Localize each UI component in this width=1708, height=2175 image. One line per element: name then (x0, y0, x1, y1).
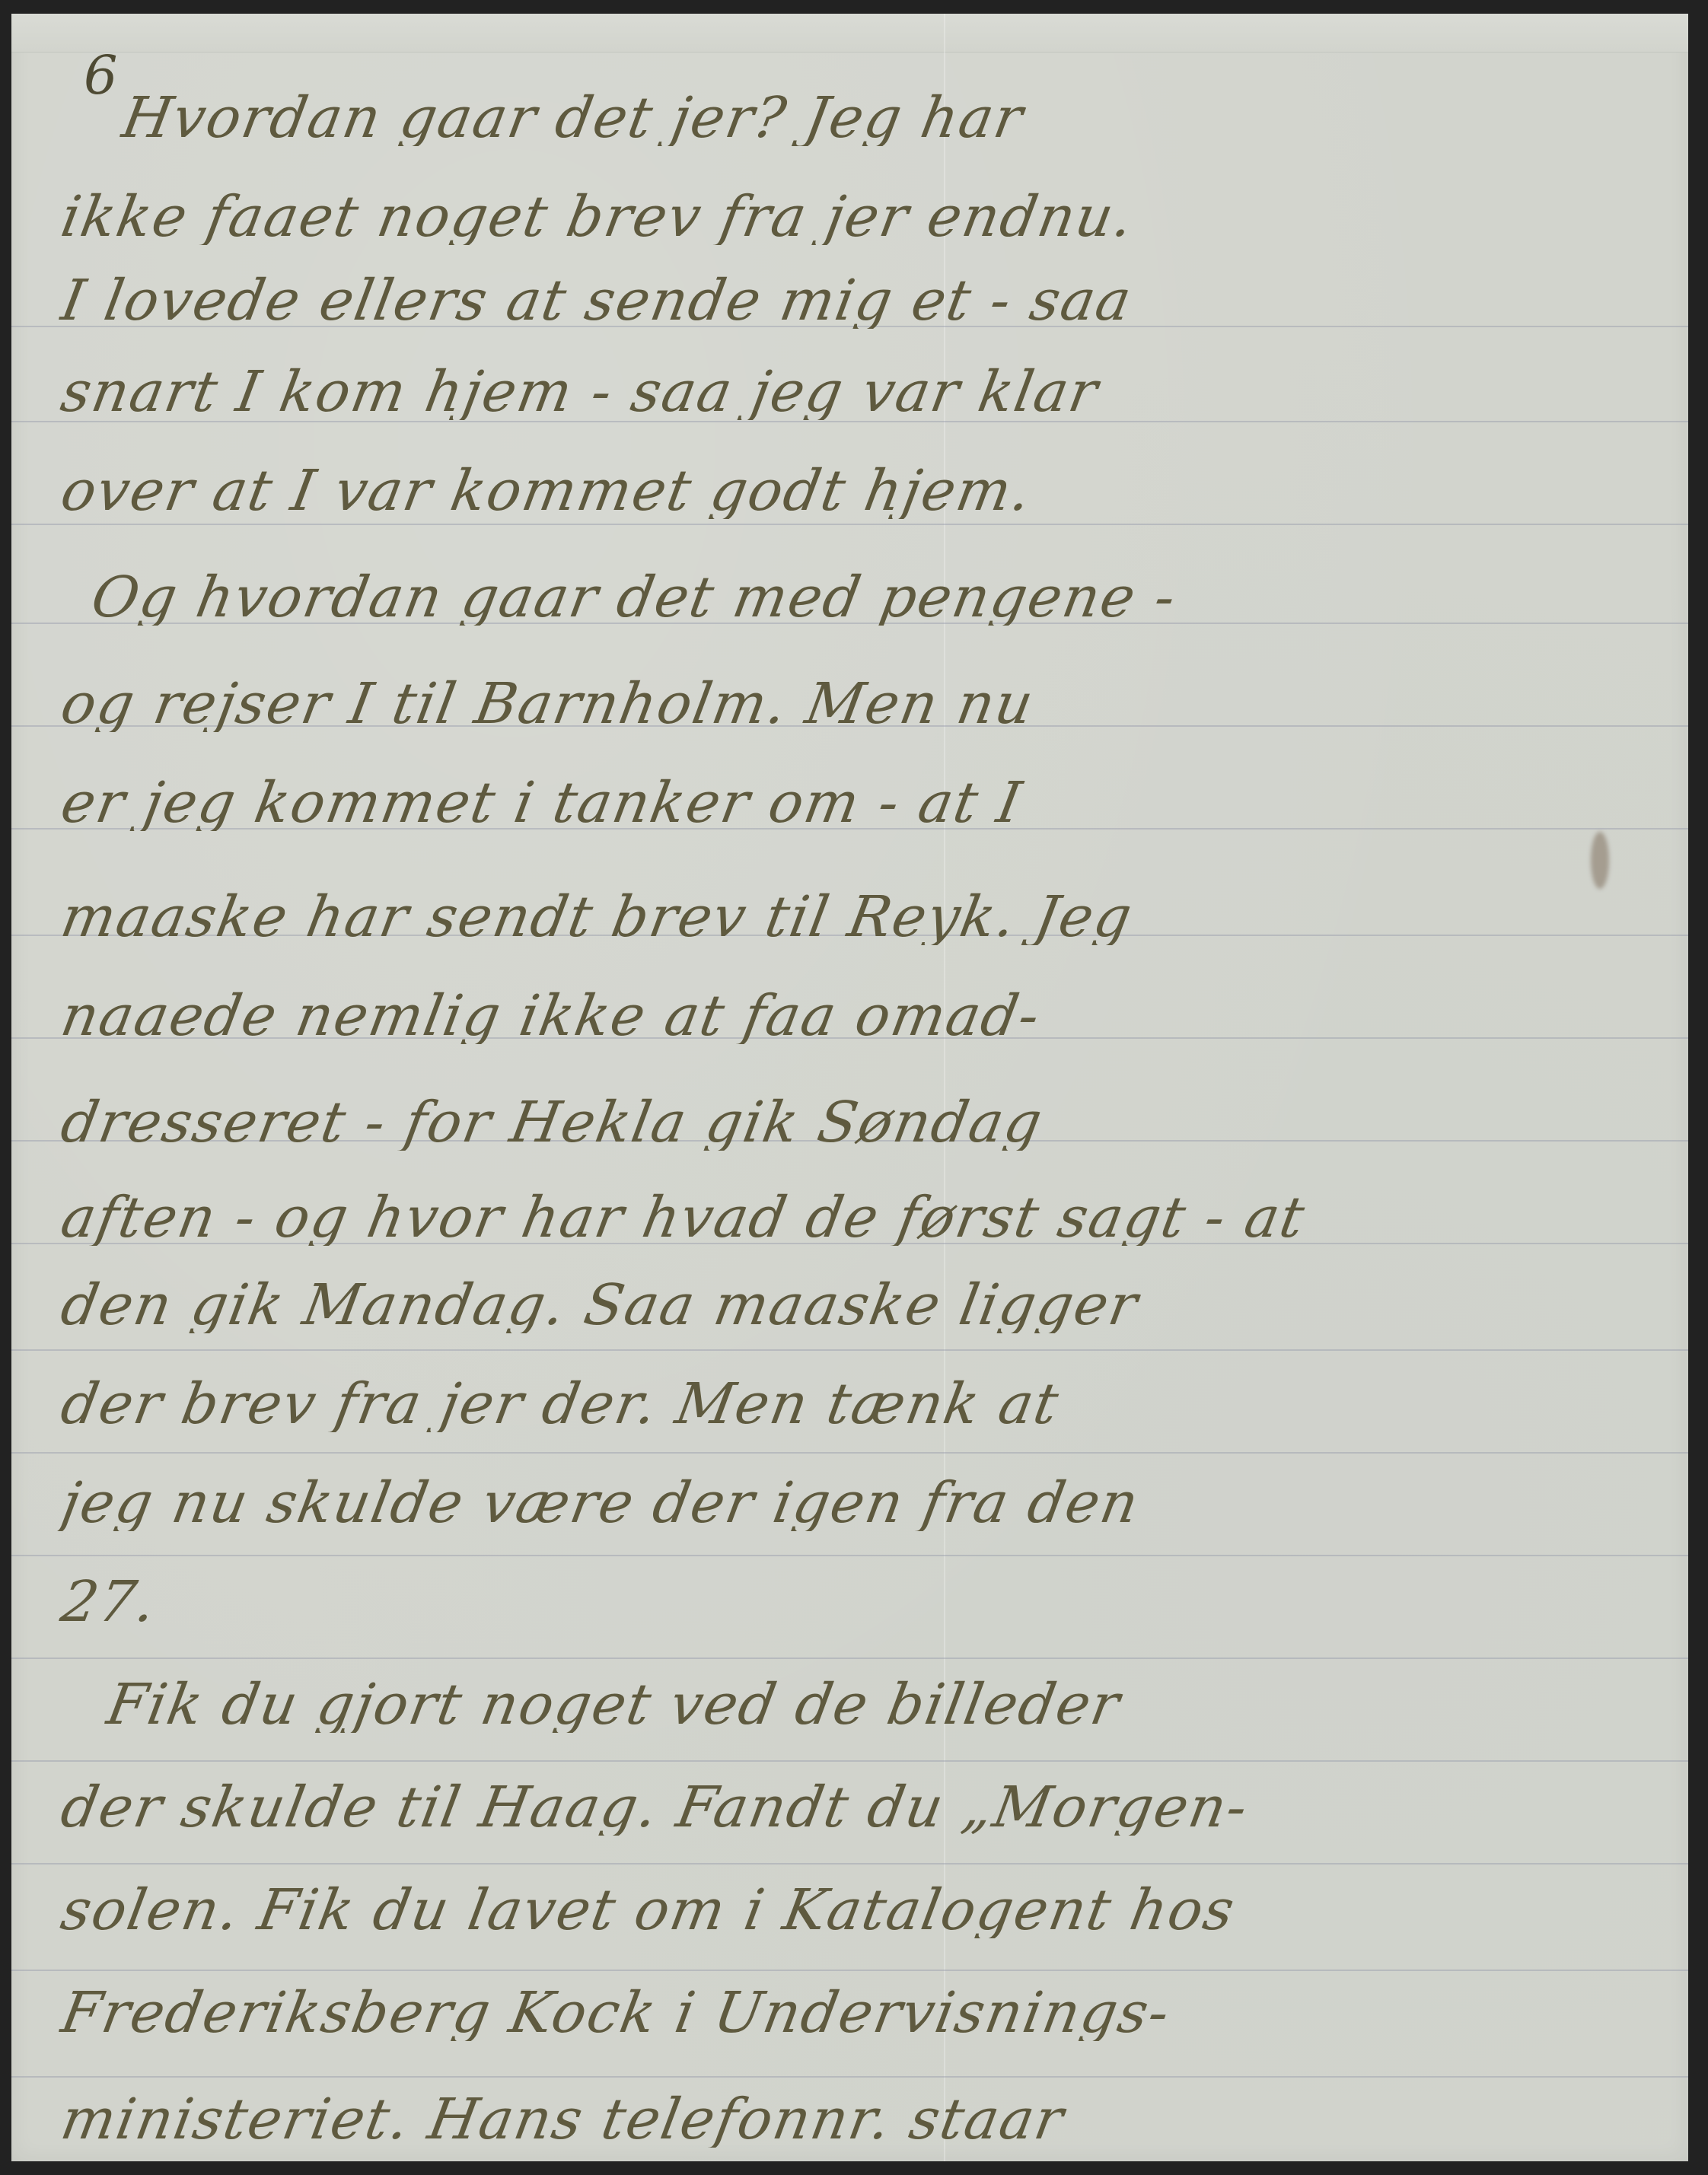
ruled-line (11, 421, 1688, 422)
text-line: er jeg kommet i tanker om - at I (57, 775, 1668, 831)
ruled-line (11, 1658, 1688, 1659)
text-line: der brev fra jer der. Men tænk at (57, 1376, 1668, 1432)
text-line: I lovede ellers at sende mig et - saa (57, 272, 1668, 329)
text-line: naaede nemlig ikke at faa omad- (57, 988, 1668, 1044)
text-line: snart I kom hjem - saa jeg var klar (57, 364, 1668, 420)
text-line: ikke faaet noget brev fra jer endnu. (57, 189, 1668, 245)
text-line: Og hvordan gaar det med pengene - (88, 569, 1668, 626)
text-line: 27. (57, 1574, 1668, 1630)
ruled-line (11, 1452, 1688, 1454)
torn-top-edge (11, 14, 1688, 53)
letter-page: 6 Hvordan gaar det jer? Jeg har ikke faa… (11, 14, 1688, 2161)
text-line: aften - og hvor har hvad de først sagt -… (57, 1189, 1668, 1246)
ruled-line (11, 1970, 1688, 1971)
ruled-line (11, 524, 1688, 525)
text-line: der skulde til Haag. Fandt du „Morgen- (57, 1779, 1668, 1836)
text-line: Frederiksberg Kock i Undervisnings- (57, 1985, 1668, 2041)
ruled-line (11, 1349, 1688, 1351)
text-line: den gik Mandag. Saa maaske ligger (57, 1277, 1668, 1333)
text-line: over at I var kommet godt hjem. (57, 463, 1668, 519)
text-line: dresseret - for Hekla gik Søndag (57, 1094, 1668, 1151)
text-line: solen. Fik du lavet om i Katalogent hos (57, 1882, 1668, 1938)
ruled-line (11, 1555, 1688, 1556)
ink-stain (1591, 832, 1609, 889)
text-line: Hvordan gaar det jer? Jeg har (118, 90, 1668, 146)
ruled-line (11, 1863, 1688, 1865)
text-line: ministeriet. Hans telefonnr. staar (57, 2091, 1668, 2148)
text-line: maaske har sendt brev til Reyk. Jeg (57, 889, 1668, 945)
text-line: jeg nu skulde være der igen fra den (57, 1475, 1668, 1531)
ruled-line (11, 1760, 1688, 1762)
text-line: Fik du gjort noget ved de billeder (103, 1677, 1668, 1733)
page-number: 6 (84, 44, 118, 107)
paper-fold (944, 14, 945, 2161)
text-line: og rejser I til Barnholm. Men nu (57, 676, 1668, 732)
ruled-line (11, 2076, 1688, 2078)
